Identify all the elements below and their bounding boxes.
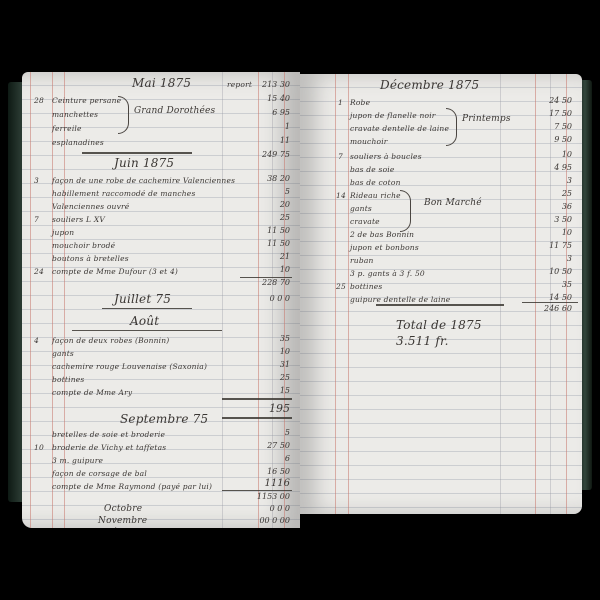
entry-amount: 9 50 xyxy=(532,135,572,144)
entry-amount: 4 95 xyxy=(532,163,572,172)
entry-amount: 5 xyxy=(250,187,290,196)
entry-amount: 21 xyxy=(250,252,290,261)
entry-day: 24 xyxy=(34,267,44,276)
entry-amount: 10 xyxy=(250,347,290,356)
month-heading-november: Novembre xyxy=(98,516,147,526)
entry-text: souliers à boucles xyxy=(350,152,422,161)
month-heading-may: Mai 1875 xyxy=(132,76,191,90)
margin-line xyxy=(30,72,31,528)
entry-amount: 25 xyxy=(250,373,290,382)
entry-amount: 25 xyxy=(250,213,290,222)
july-amount: 0 0 0 xyxy=(250,294,290,303)
underline xyxy=(72,330,222,331)
brace-mark xyxy=(446,108,457,146)
entry-amount: 25 xyxy=(532,189,572,198)
subtotal-august: 195 xyxy=(250,402,290,415)
brace-mark xyxy=(118,96,129,134)
entry-day: 4 xyxy=(34,336,39,345)
entry-amount: 36 xyxy=(532,202,572,211)
entry-text: façon de deux robes (Bonnin) xyxy=(52,336,169,345)
underline xyxy=(376,304,504,306)
column-line xyxy=(500,74,501,514)
entry-text: compte de Mme Raymond (payé par lui) xyxy=(52,482,212,491)
entry-amount: 3 xyxy=(532,254,572,263)
entry-amount: 10 xyxy=(532,150,572,159)
entry-amount: 3 50 xyxy=(532,215,572,224)
year-total-value: 3.511 fr. xyxy=(396,334,449,348)
side-note: Bon Marché xyxy=(424,198,482,208)
october-amount: 0 0 0 xyxy=(250,504,290,513)
entry-amount: 11 xyxy=(250,136,290,145)
subtotal-may: 249 75 xyxy=(250,150,290,159)
side-note: Grand Dorothées xyxy=(134,106,215,116)
entry-amount: 10 xyxy=(250,265,290,274)
entry-amount: 11 75 xyxy=(532,241,572,250)
entry-text: cravate xyxy=(350,217,380,226)
underline xyxy=(102,308,192,309)
entry-text: bas de soie xyxy=(350,165,395,174)
entry-text: ruban xyxy=(350,256,374,265)
entry-amount: 10 xyxy=(532,228,572,237)
entry-amount: 38 20 xyxy=(250,174,290,183)
month-heading-july: Juillet 75 xyxy=(114,292,171,306)
entry-amount: 6 95 xyxy=(250,108,290,117)
entry-amount: 5 xyxy=(250,428,290,437)
entry-amount: 27 50 xyxy=(250,441,290,450)
entry-text: cravate dentelle de laine xyxy=(350,124,449,133)
entry-text: esplanadines xyxy=(52,138,104,147)
entry-text: jupon de flanelle noir xyxy=(350,111,436,120)
month-heading-december: Décembre 1875 xyxy=(380,78,479,92)
entry-day: 7 xyxy=(34,215,39,224)
carried-amount: 213 30 xyxy=(250,80,290,89)
report-note: report xyxy=(227,80,252,89)
month-heading-september: Septembre 75 xyxy=(120,412,208,426)
ledger-photo: Mai 1875 report 213 30 28 Ceinture persa… xyxy=(0,0,600,600)
entry-text: mouchoir brodé xyxy=(52,241,115,250)
entry-text: 2 de bas Bonnin xyxy=(350,230,414,239)
entry-amount: 1 xyxy=(250,122,290,131)
margin-line xyxy=(335,74,336,514)
entry-text: broderie de Vichy et taffetas xyxy=(52,443,166,452)
entry-day: 10 xyxy=(34,443,44,452)
entry-text: Rideau riche xyxy=(350,191,401,200)
entry-text: compte de Mme Dufour (3 et 4) xyxy=(52,267,178,276)
entry-text: Robe xyxy=(350,98,370,107)
entry-text: gants xyxy=(350,204,372,213)
entry-amount: 1116 xyxy=(250,478,290,489)
entry-text: bottines xyxy=(350,282,382,291)
right-page: Décembre 1875 1 Robe 24 50 jupon de flan… xyxy=(300,74,582,514)
month-heading-august: Août xyxy=(130,314,159,328)
year-total-label: Total de 1875 xyxy=(396,318,482,332)
entry-amount: 17 50 xyxy=(532,109,572,118)
entry-text: boutons à bretelles xyxy=(52,254,129,263)
entry-amount: 31 xyxy=(250,360,290,369)
december-total: 246 60 xyxy=(532,304,572,313)
month-heading-october: Octobre xyxy=(104,504,142,514)
sum-rule xyxy=(222,398,292,400)
entry-amount: 3 xyxy=(532,176,572,185)
entry-text: bottines xyxy=(52,375,84,384)
entry-amount: 11 50 xyxy=(250,226,290,235)
entry-text: bretelles de soie et broderie xyxy=(52,430,165,439)
margin-line xyxy=(348,74,349,514)
entry-text: jupon xyxy=(52,228,74,237)
sum-rule xyxy=(222,490,292,491)
entry-text: ferreile xyxy=(52,124,82,133)
entry-amount: 16 50 xyxy=(250,467,290,476)
side-note: Printemps xyxy=(462,114,511,124)
entry-amount: 14 50 xyxy=(532,293,572,302)
entry-text: guipure dentelle de laine xyxy=(350,295,450,304)
underline xyxy=(82,152,192,154)
entry-amount: 11 50 xyxy=(250,239,290,248)
entry-text: habillement raccomodé de manches xyxy=(52,189,196,198)
entry-text: Valenciennes ouvré xyxy=(52,202,129,211)
left-page: Mai 1875 report 213 30 28 Ceinture persa… xyxy=(22,72,300,528)
entry-text: façon de corsage de bal xyxy=(52,469,147,478)
entry-amount: 20 xyxy=(250,200,290,209)
entry-amount: 15 xyxy=(250,386,290,395)
entry-day: 28 xyxy=(34,96,44,105)
entry-text: 3 m. guipure xyxy=(52,456,103,465)
subtotal-september: 1153 00 xyxy=(250,492,290,501)
entry-text: jupon et bonbons xyxy=(350,243,419,252)
entry-text: Ceinture persane xyxy=(52,96,121,105)
subtotal-june: 228 70 xyxy=(250,278,290,287)
entry-text: mouchoir xyxy=(350,137,388,146)
sum-rule xyxy=(222,417,292,419)
entry-amount: 35 xyxy=(250,334,290,343)
entry-text: façon de une robe de cachemire Valencien… xyxy=(52,176,235,185)
entry-text: gants xyxy=(52,349,74,358)
entry-day: 1 xyxy=(338,98,343,107)
column-line xyxy=(222,72,223,528)
entry-text: 3 p. gants à 3 f. 50 xyxy=(350,269,425,278)
entry-text: cachemire rouge Louvenaise (Saxonia) xyxy=(52,362,207,371)
entry-amount: 35 xyxy=(532,280,572,289)
entry-amount: 10 50 xyxy=(532,267,572,276)
sum-rule xyxy=(522,302,578,303)
entry-amount: 24 50 xyxy=(532,96,572,105)
entry-text: compte de Mme Ary xyxy=(52,388,132,397)
brace-mark xyxy=(400,190,411,232)
entry-text: manchettes xyxy=(52,110,98,119)
entry-day: 25 xyxy=(336,282,346,291)
entry-text: bas de coton xyxy=(350,178,401,187)
entry-day: 3 xyxy=(34,176,39,185)
november-amount: 00 0 00 xyxy=(250,516,290,525)
entry-amount: 7 50 xyxy=(532,122,572,131)
entry-amount: 6 xyxy=(250,454,290,463)
entry-day: 7 xyxy=(338,152,343,161)
entry-amount: 15 40 xyxy=(250,94,290,103)
entry-day: 14 xyxy=(336,191,346,200)
month-heading-june: Juin 1875 xyxy=(114,156,174,170)
entry-text: souliers L XV xyxy=(52,215,105,224)
